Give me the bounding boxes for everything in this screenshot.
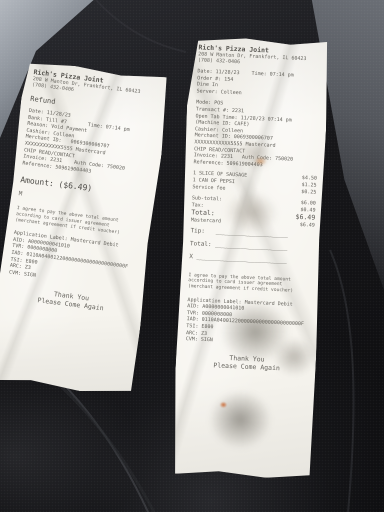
left-receipt: Rich's Pizza Joint 208 W Manton Dr, Fran…	[0, 60, 171, 397]
orange-grease-spot	[220, 402, 227, 408]
item-name: Service fee	[192, 184, 225, 192]
total-value: $6.49	[295, 213, 315, 223]
right-receipt: Rich's Pizza Joint 208 W Manton Dr, Fran…	[171, 36, 330, 480]
tender-value: $6.49	[300, 222, 315, 229]
cardholder-agreement: I agree to pay the above total amount ac…	[188, 273, 307, 295]
grease-stain	[208, 389, 272, 450]
photo-scene: Rich's Pizza Joint 208 W Manton Dr, Fran…	[0, 0, 384, 512]
item-price: $0.25	[301, 189, 316, 196]
